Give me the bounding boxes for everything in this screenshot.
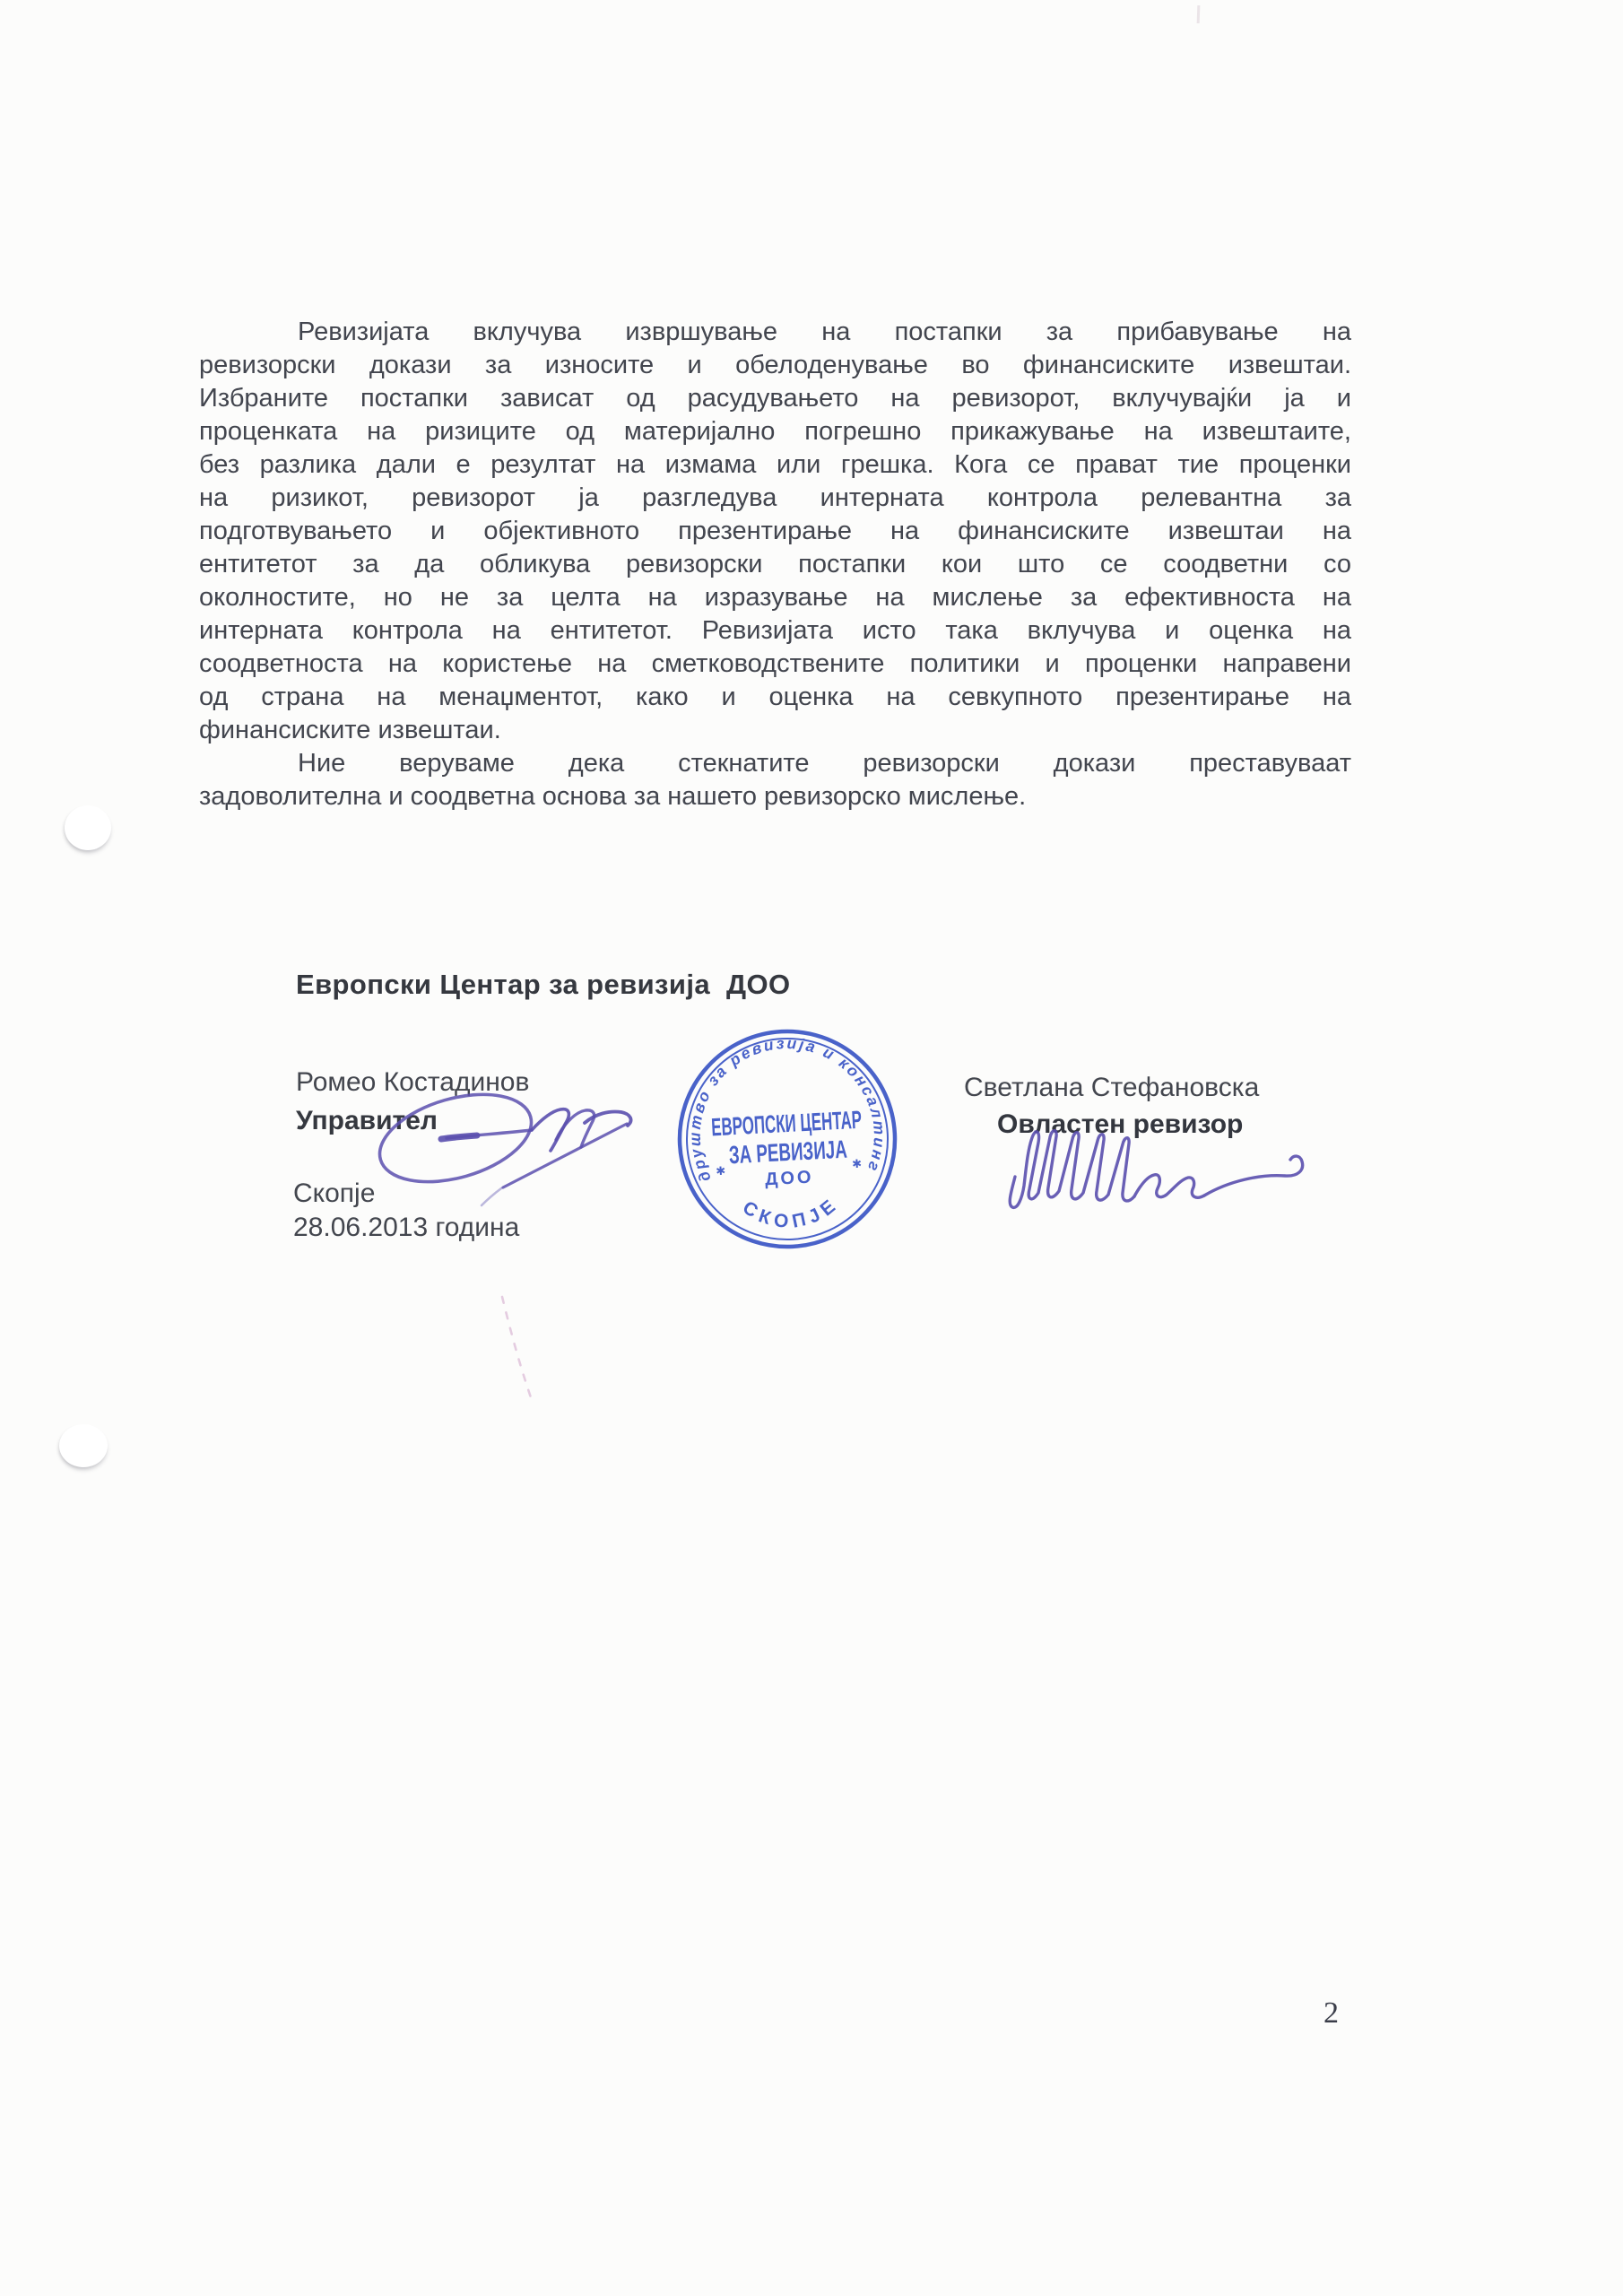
text-line: подготвувањето и објективното презентира…	[199, 515, 1351, 548]
company-round-stamp: друштво за ревизија и консалтинг ЕВРОПСК…	[671, 1022, 904, 1256]
stamp-center-line2: ЗА РЕВИЗИЈА	[728, 1135, 847, 1170]
body-text: Ревизијата вклучува извршување на постап…	[199, 316, 1351, 813]
text-line: на ризикот, ревизорот ја разгледува инте…	[199, 482, 1351, 515]
stamp-star-right-icon: ✱	[852, 1157, 863, 1171]
text-line: интерната контрола на ентитетот. Ревизиј…	[199, 614, 1351, 648]
stamp-star-left-icon: ✱	[716, 1164, 726, 1178]
text-line: околностите, но не за целта на изразувањ…	[199, 581, 1351, 614]
audit-paragraph-2: Ние веруваме дека стекнатите ревизорски …	[199, 747, 1351, 813]
text-line: проценката на ризиците од материјално по…	[199, 415, 1351, 448]
text-line: од страна на менаџментот, како и оценка …	[199, 681, 1351, 714]
svg-text:СКОПЈЕ: СКОПЈЕ	[738, 1192, 845, 1235]
text-line: соодветноста на користење на сметководст…	[199, 648, 1351, 681]
company-name: Европски Центар за ревизија ДОО	[296, 969, 791, 1001]
handwritten-signature-right	[994, 1121, 1334, 1247]
punch-hole-top	[65, 805, 111, 850]
signer-name-right: Светлана Стефановска	[964, 1073, 1259, 1103]
scan-artifact-tick	[1197, 5, 1201, 23]
stamp-bottom-text: СКОПЈЕ	[738, 1192, 845, 1235]
text-line: Ние веруваме дека стекнатите ревизорски …	[199, 747, 1351, 780]
punch-hole-bottom	[59, 1424, 108, 1467]
page-number: 2	[1324, 1996, 1339, 2031]
text-line: ревизорски докази за износите и обелоден…	[199, 349, 1351, 382]
scanned-document-page: Ревизијата вклучува извршување на постап…	[0, 0, 1623, 2296]
scan-artifact-scratch	[491, 1290, 545, 1415]
text-line: Ревизијата вклучува извршување на постап…	[199, 316, 1351, 349]
handwritten-signature-left	[341, 1087, 650, 1266]
audit-paragraph-1: Ревизијата вклучува извршување на постап…	[199, 316, 1351, 747]
text-line: Избраните постапки зависат од расудување…	[199, 382, 1351, 415]
stamp-center-line3: ДОО	[765, 1168, 814, 1190]
text-line: без разлика дали е резултат на измама ил…	[199, 448, 1351, 482]
text-line: ентитетот за да обликува ревизорски пост…	[199, 548, 1351, 581]
text-line: финансиските извештаи.	[199, 714, 1351, 747]
text-line: задоволителна и соодветна основа за наше…	[199, 780, 1351, 813]
